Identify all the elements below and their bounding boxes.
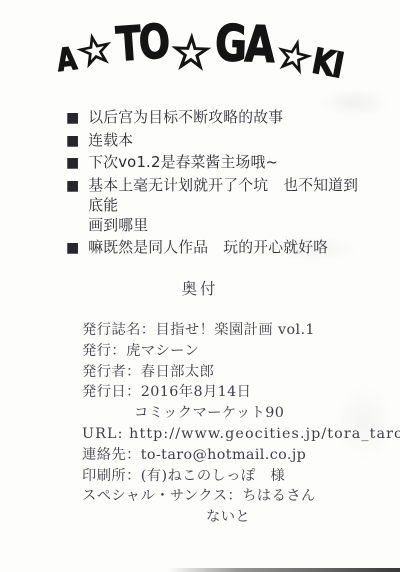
bullet-square-icon: ■ [66, 176, 79, 196]
scan-edge-artifact [168, 568, 400, 572]
note-text: 基本上毫无计划就开了个坑 也不知道到底能 画到哪里 [88, 176, 372, 236]
colophon-special-thanks-2: ないと [82, 507, 376, 528]
colophon: 発行誌名：目指せ！楽園計画 vol.1 発行：虎マシーン 発行者：春日部太郎 発… [82, 320, 376, 528]
colophon-publish-date: 発行日：2016年8月14日 [82, 382, 376, 403]
list-item: ■ 下次vo1.2是春菜酱主场哦~ [66, 153, 372, 173]
scan-smudge [334, 382, 394, 462]
colophon-event: コミックマーケット90 [82, 403, 376, 424]
colophon-publisher: 発行：虎マシーン [82, 341, 376, 362]
page-title: A ☆ TO ☆ GA ☆ KI [0, 20, 400, 82]
colophon-contact-email: 連絡先：to-taro@hotmail.co.jp [82, 445, 376, 466]
title-letter-a: A [55, 44, 78, 77]
colophon-printer: 印刷所：(有)ねこのしっぽ 様 [82, 466, 376, 487]
list-item: ■ 连载本 [66, 131, 372, 151]
scan-smudge [320, 88, 390, 118]
star-icon: ☆ [73, 28, 116, 75]
bullet-square-icon: ■ [66, 131, 79, 151]
colophon-heading: 奥付 [0, 277, 400, 299]
list-item: ■ 基本上毫无计划就开了个坑 也不知道到底能 画到哪里 [66, 176, 372, 236]
bullet-square-icon: ■ [66, 153, 79, 173]
title-letters-ki: KI [310, 44, 346, 84]
colophon-url: URL: http://www.geocities.jp/tora_taro81… [82, 424, 376, 445]
colophon-special-thanks: スペシャル・サンクス：ちはるさん [82, 486, 376, 507]
colophon-publication-title: 発行誌名：目指せ！楽園計画 vol.1 [82, 320, 376, 341]
note-text: 下次vo1.2是春菜酱主场哦~ [88, 153, 278, 173]
title-letters-to: TO [115, 18, 170, 68]
star-icon: ☆ [171, 29, 213, 75]
atogaki-afterword-page: A ☆ TO ☆ GA ☆ KI ■ 以后宫为目标不断攻略的故事 ■ 连载本 ■… [0, 0, 400, 572]
bullet-square-icon: ■ [66, 108, 79, 128]
colophon-author: 発行者：春日部太郎 [82, 362, 376, 383]
note-text: 以后宫为目标不断攻略的故事 [88, 108, 283, 128]
note-text: 连载本 [88, 131, 133, 151]
title-letters-ga: GA [214, 18, 273, 70]
bullet-square-icon: ■ [66, 238, 79, 258]
scan-smudge [270, 236, 360, 262]
